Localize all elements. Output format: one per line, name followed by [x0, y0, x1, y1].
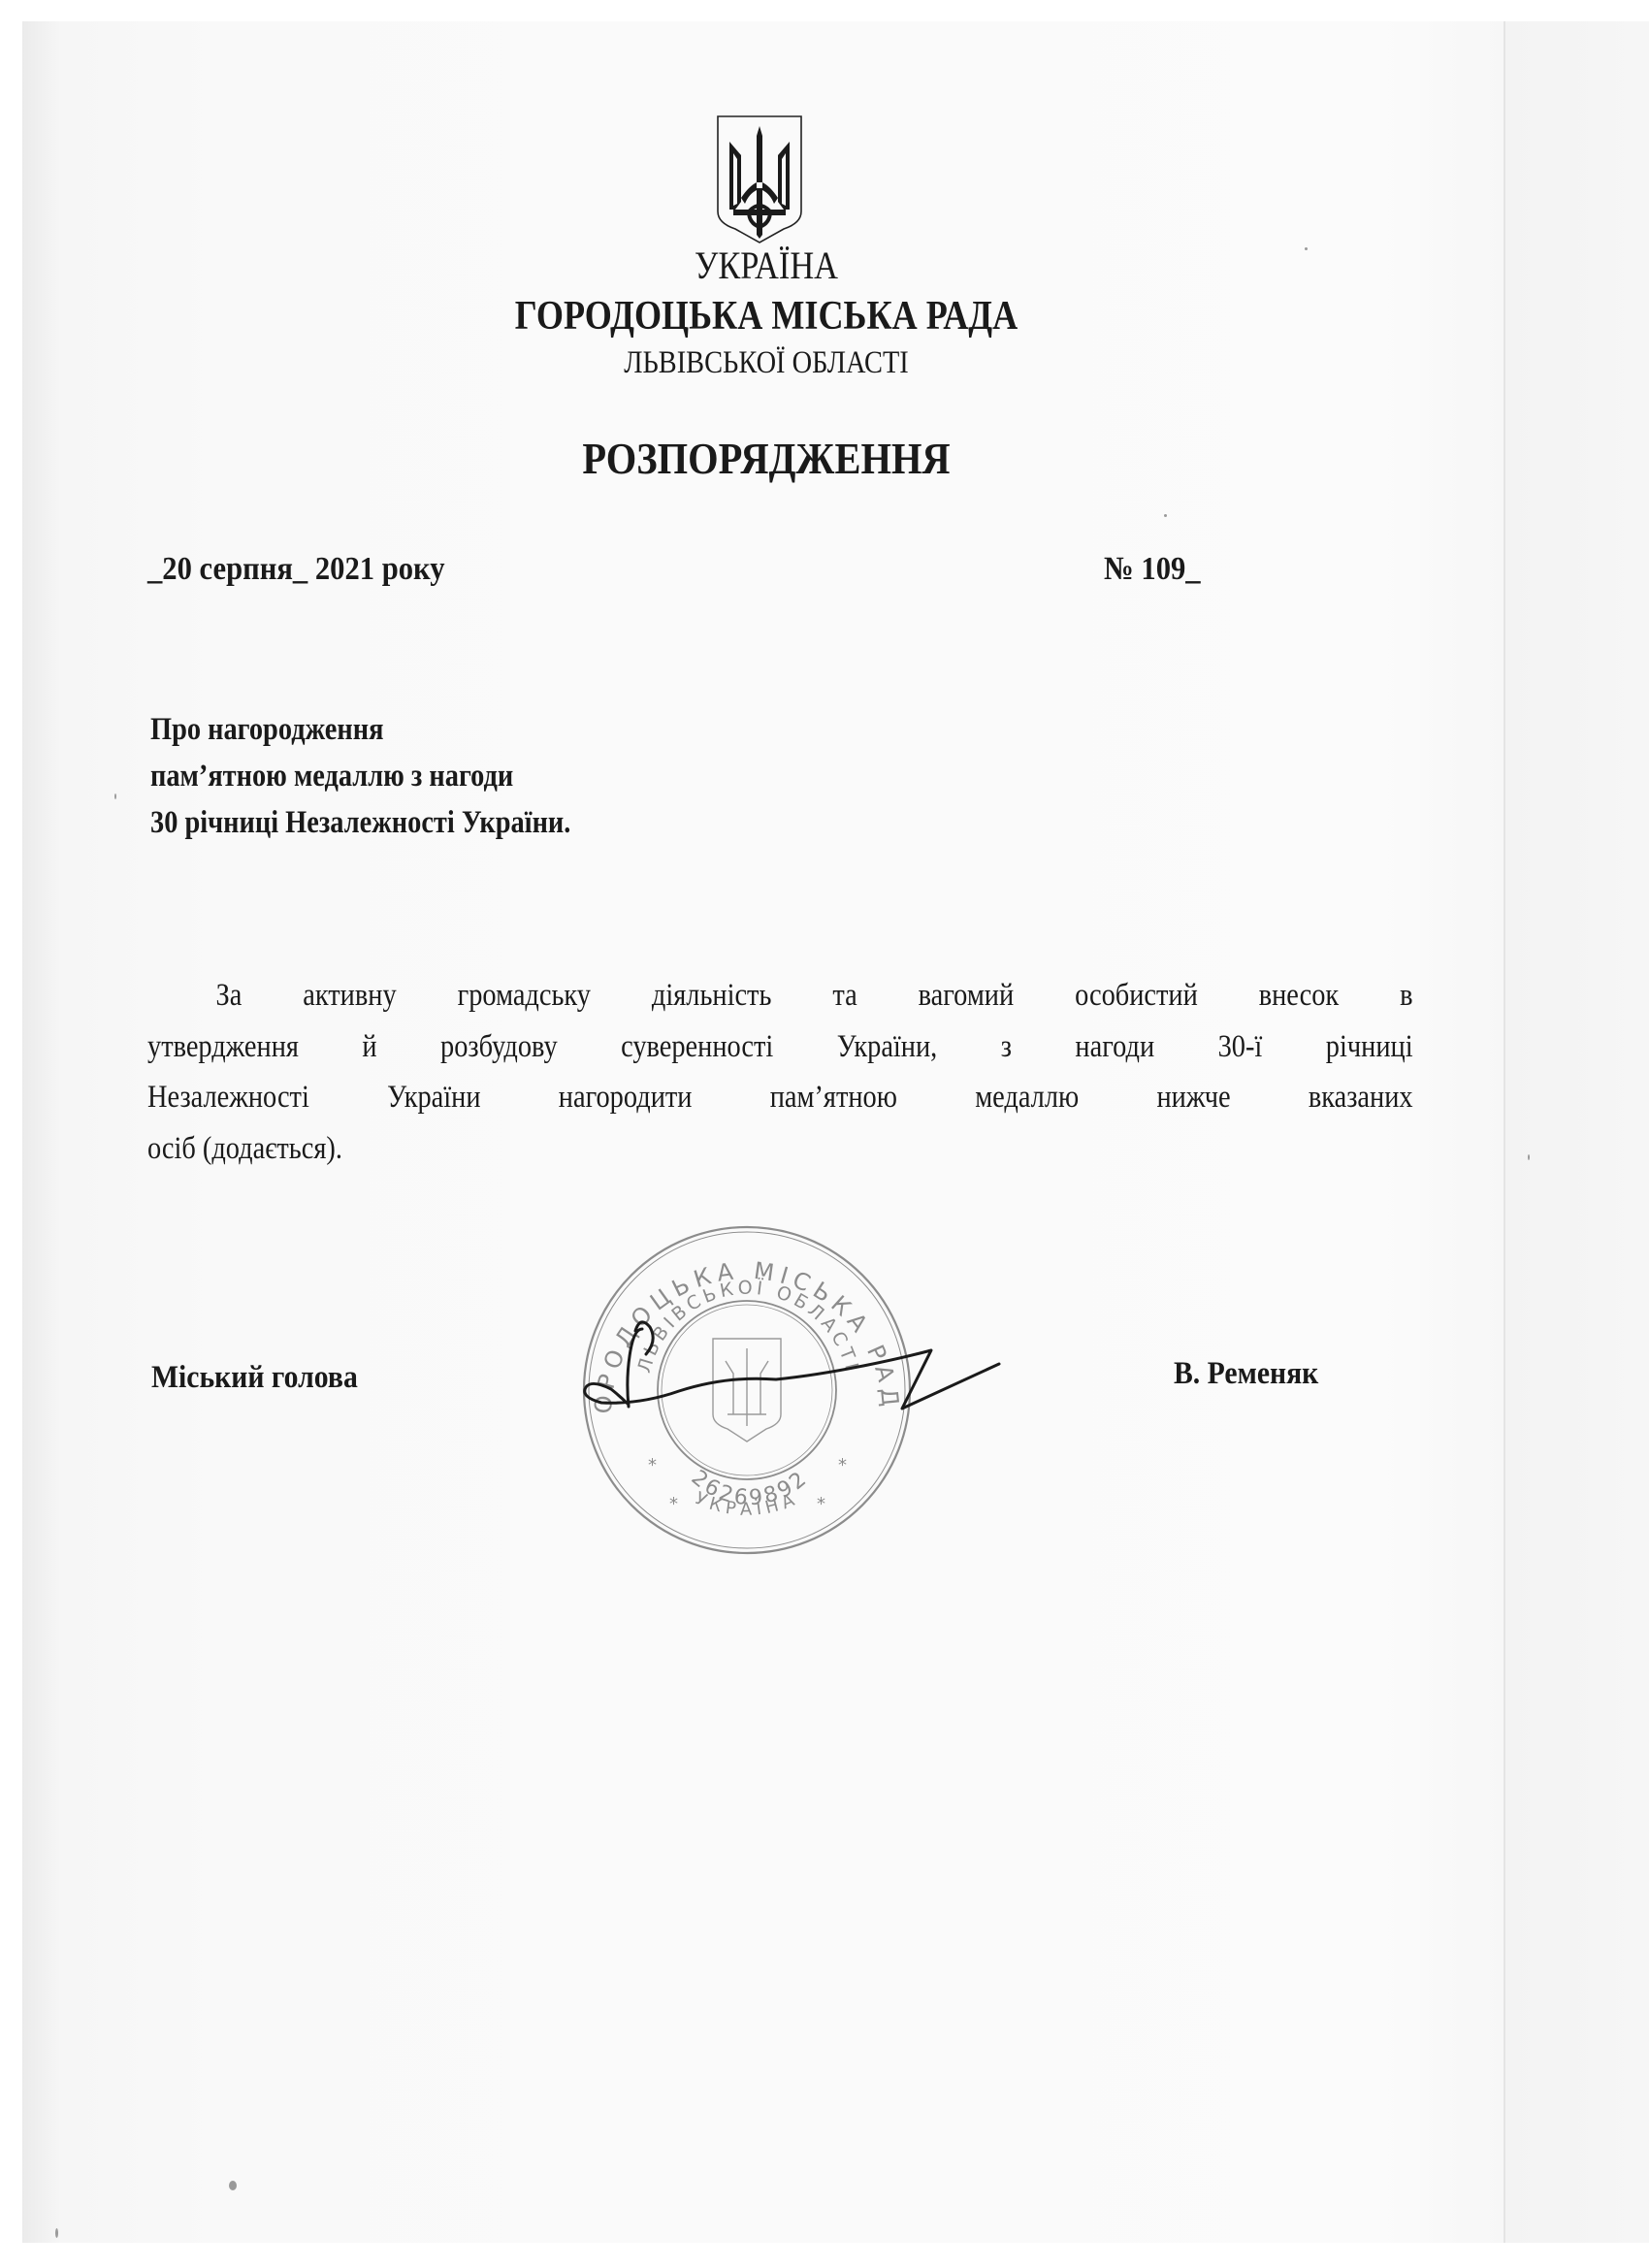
word: За — [216, 970, 242, 1021]
word: громадську — [458, 970, 591, 1021]
country-heading: УКРАЇНА — [108, 243, 1426, 288]
word: суверенності — [621, 1021, 773, 1073]
word: та — [832, 970, 857, 1021]
word: нагоди — [1075, 1021, 1154, 1073]
document-date: _20 серпня_ 2021 року — [147, 551, 445, 588]
document-type-title: РОЗПОРЯДЖЕННЯ — [92, 433, 1440, 484]
region-heading: ЛЬВІВСЬКОЇ ОБЛАСТІ — [108, 345, 1426, 381]
word: пам’ятною — [770, 1072, 897, 1123]
scan-speck — [1164, 514, 1167, 517]
word: України, — [837, 1021, 938, 1073]
document-number: № 109_ — [1104, 551, 1201, 588]
svg-text:*: * — [648, 1455, 657, 1475]
scan-speck — [55, 2228, 58, 2238]
body-line: утвердження й розбудову суверенності Укр… — [147, 1021, 1413, 1073]
scan-speck — [1528, 1154, 1530, 1160]
word: активну — [303, 970, 396, 1021]
word: діяльність — [652, 970, 772, 1021]
word: в — [1400, 970, 1412, 1021]
subject-line: Про нагородження — [150, 706, 570, 753]
word: річниці — [1326, 1021, 1413, 1073]
document-subject: Про нагородження пам’ятною медаллю з наг… — [150, 706, 570, 846]
word: внесок — [1259, 970, 1339, 1021]
signatory-role: Міський голова — [151, 1360, 358, 1396]
word: медаллю — [975, 1072, 1079, 1123]
scan-speck — [1305, 247, 1308, 250]
body-line: За активну громадську діяльність та ваго… — [147, 970, 1413, 1021]
word: 30-ї — [1218, 1021, 1263, 1073]
word: Незалежності — [147, 1072, 309, 1123]
body-paragraph: За активну громадську діяльність та ваго… — [147, 970, 1413, 1174]
scan-speck — [229, 2181, 237, 2190]
word: особистий — [1075, 970, 1198, 1021]
word: нагородити — [559, 1072, 693, 1123]
scan-speck — [114, 794, 116, 799]
body-line: осіб (додається). — [147, 1123, 1413, 1175]
word: України — [387, 1072, 480, 1123]
word: осіб (додається). — [147, 1123, 342, 1175]
subject-line: 30 річниці Незалежності України. — [150, 799, 570, 846]
handwritten-signature-icon — [582, 1319, 1048, 1436]
signatory-name: В. Ременяк — [1174, 1356, 1318, 1392]
coat-of-arms-icon — [716, 114, 803, 244]
word: утвердження — [147, 1021, 299, 1073]
word: й — [362, 1021, 376, 1073]
page-edge-line — [1503, 21, 1505, 2243]
body-line: Незалежності України нагородити пам’ятно… — [147, 1072, 1413, 1123]
subject-line: пам’ятною медаллю з нагоди — [150, 753, 570, 799]
svg-text:*: * — [669, 1494, 678, 1514]
word: вагомий — [919, 970, 1015, 1021]
svg-text:*: * — [838, 1455, 847, 1475]
word: нижче — [1156, 1072, 1230, 1123]
word: з — [1001, 1021, 1012, 1073]
council-heading: ГОРОДОЦЬКА МІСЬКА РАДА — [108, 293, 1426, 340]
word: розбудову — [440, 1021, 558, 1073]
word: вказаних — [1309, 1072, 1413, 1123]
svg-text:*: * — [817, 1494, 825, 1514]
